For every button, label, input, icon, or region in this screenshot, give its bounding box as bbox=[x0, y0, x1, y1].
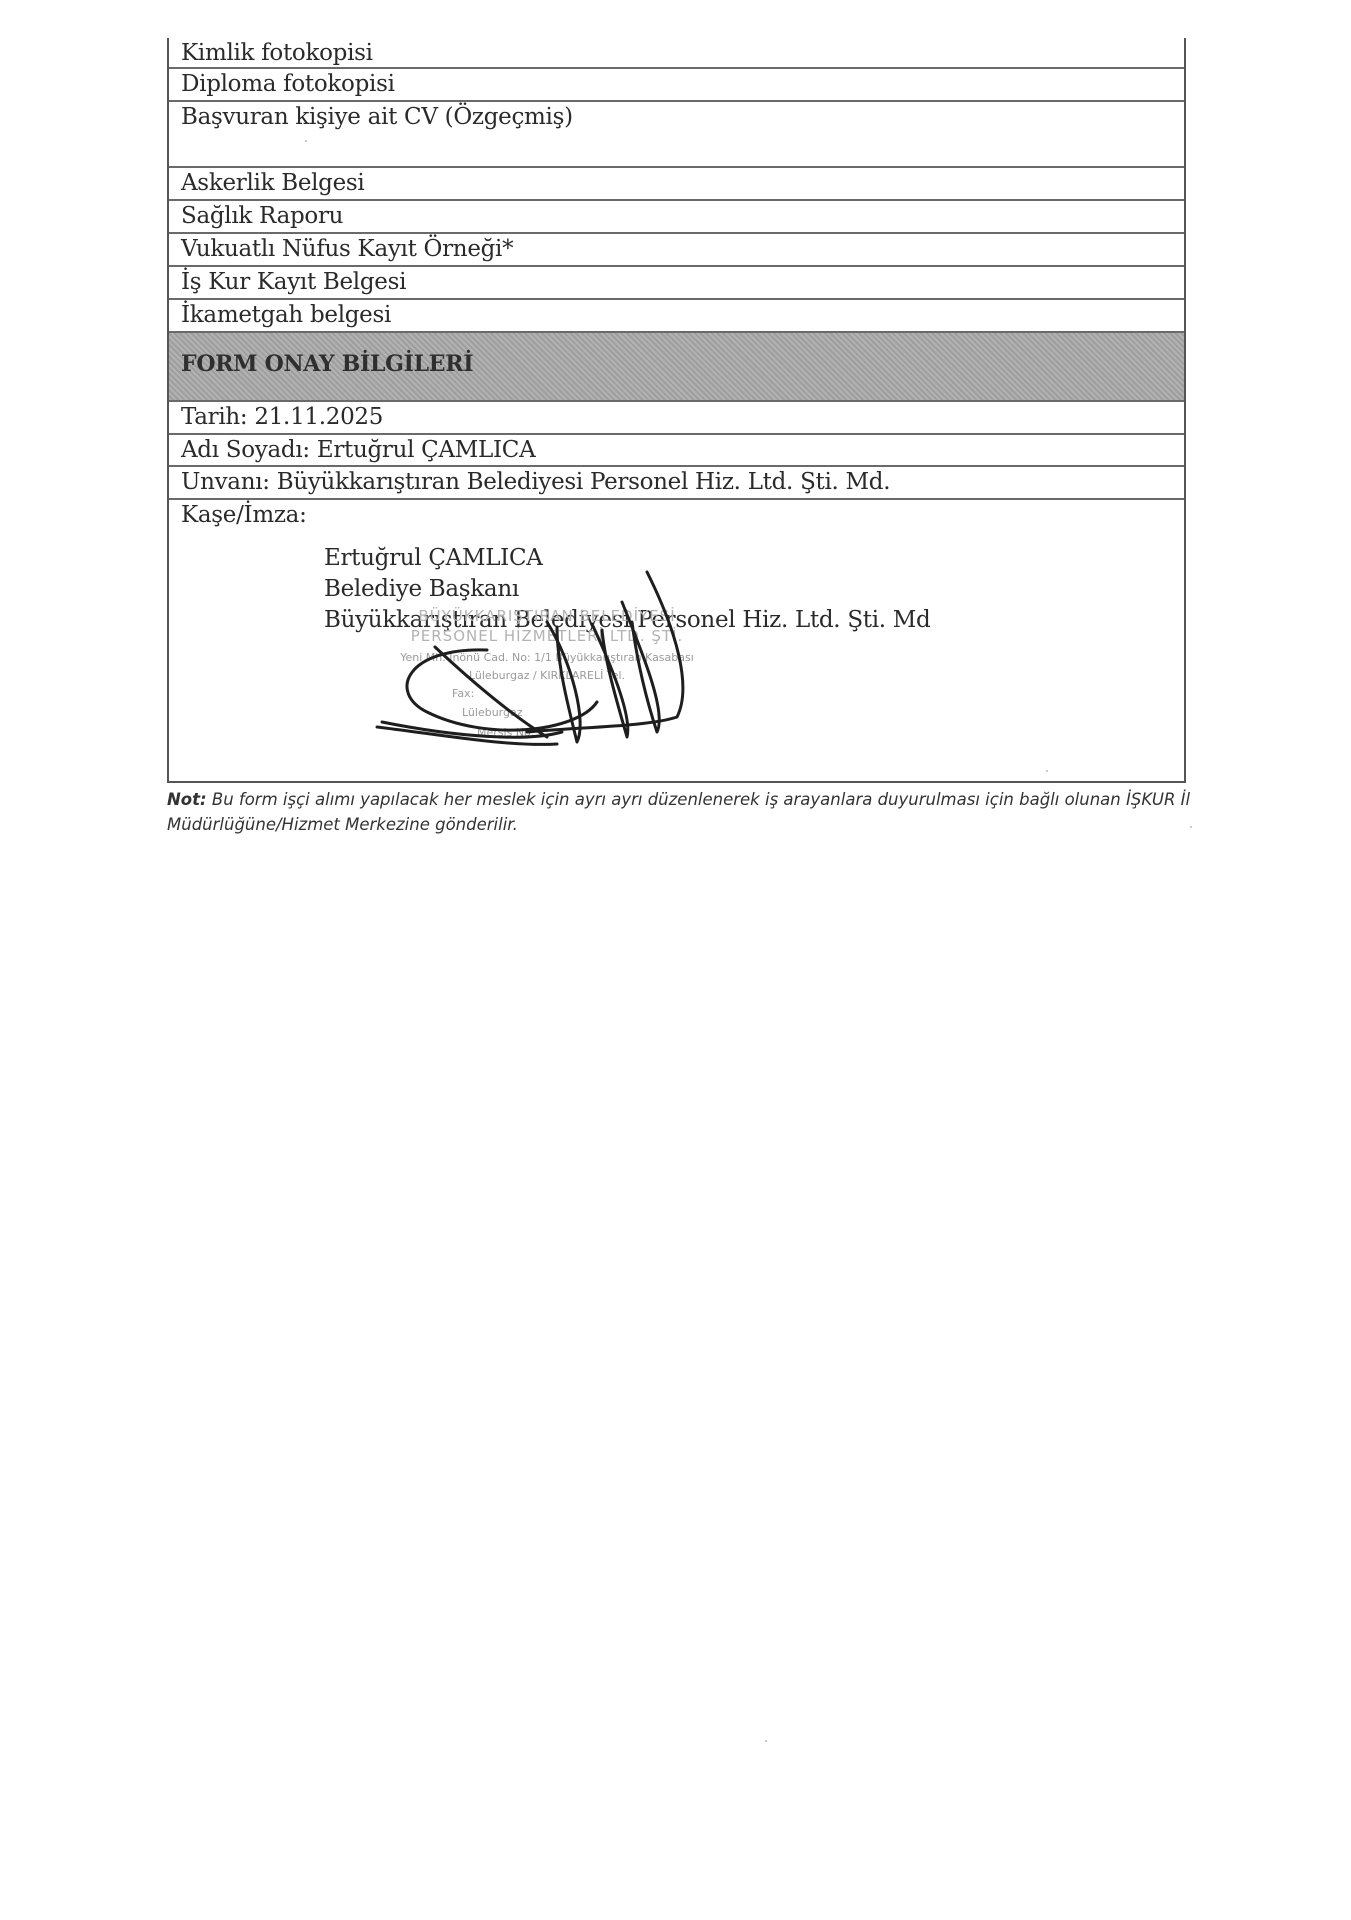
approval-date: Tarih: 21.11.2025 bbox=[181, 402, 1184, 432]
approval-date-row: Tarih: 21.11.2025 bbox=[169, 402, 1184, 435]
document-row: Diploma fotokopisi bbox=[169, 69, 1184, 102]
approval-name-row: Adı Soyadı: Ertuğrul ÇAMLICA bbox=[169, 435, 1184, 467]
note-text: Bu form işçi alımı yapılacak her meslek … bbox=[167, 790, 1190, 834]
document-label: İkametgah belgesi bbox=[181, 300, 1184, 330]
document-label: Diploma fotokopisi bbox=[181, 69, 1184, 99]
document-label: Askerlik Belgesi bbox=[181, 168, 1184, 198]
scan-speck bbox=[765, 1740, 767, 1742]
note-label: Not: bbox=[167, 790, 207, 809]
scan-speck bbox=[305, 140, 307, 142]
document-row: Vukuatlı Nüfus Kayıt Örneği* bbox=[169, 234, 1184, 267]
document-label: Kimlik fotokopisi bbox=[181, 38, 1184, 68]
scan-speck bbox=[1046, 770, 1048, 772]
approval-title: Unvanı: Büyükkarıştıran Belediyesi Perso… bbox=[181, 467, 1184, 497]
document-row: Askerlik Belgesi bbox=[169, 168, 1184, 201]
approval-section-header: FORM ONAY BİLGİLERİ bbox=[169, 333, 1184, 402]
document-row: Kimlik fotokopisi bbox=[169, 38, 1184, 69]
document-label: Sağlık Raporu bbox=[181, 201, 1184, 231]
footnote: Not: Bu form işçi alımı yapılacak her me… bbox=[167, 787, 1192, 837]
document-row: İkametgah belgesi bbox=[169, 300, 1184, 333]
document-label: Başvuran kişiye ait CV (Özgeçmiş) bbox=[181, 102, 1184, 132]
required-documents-table: Kimlik fotokopisi Diploma fotokopisi Baş… bbox=[167, 38, 1186, 783]
document-row: Başvuran kişiye ait CV (Özgeçmiş) bbox=[169, 102, 1184, 168]
company-stamp: BÜYÜKKARIŞTIRAN BELEDİYESİ PERSONEL HİZM… bbox=[357, 597, 737, 747]
approval-title-row: Unvanı: Büyükkarıştıran Belediyesi Perso… bbox=[169, 467, 1184, 500]
document-row: İş Kur Kayıt Belgesi bbox=[169, 267, 1184, 300]
scan-speck bbox=[1190, 826, 1192, 828]
approval-name: Adı Soyadı: Ertuğrul ÇAMLICA bbox=[181, 435, 1184, 465]
stamp-signature-label: Kaşe/İmza: bbox=[181, 500, 1184, 530]
handwritten-signature-icon bbox=[347, 552, 767, 752]
section-title: FORM ONAY BİLGİLERİ bbox=[181, 349, 1184, 379]
document-label: İş Kur Kayıt Belgesi bbox=[181, 267, 1184, 297]
document-row: Sağlık Raporu bbox=[169, 201, 1184, 234]
signature-row: Kaşe/İmza: Ertuğrul ÇAMLICA Belediye Baş… bbox=[169, 500, 1184, 783]
document-label: Vukuatlı Nüfus Kayıt Örneği* bbox=[181, 234, 1184, 264]
